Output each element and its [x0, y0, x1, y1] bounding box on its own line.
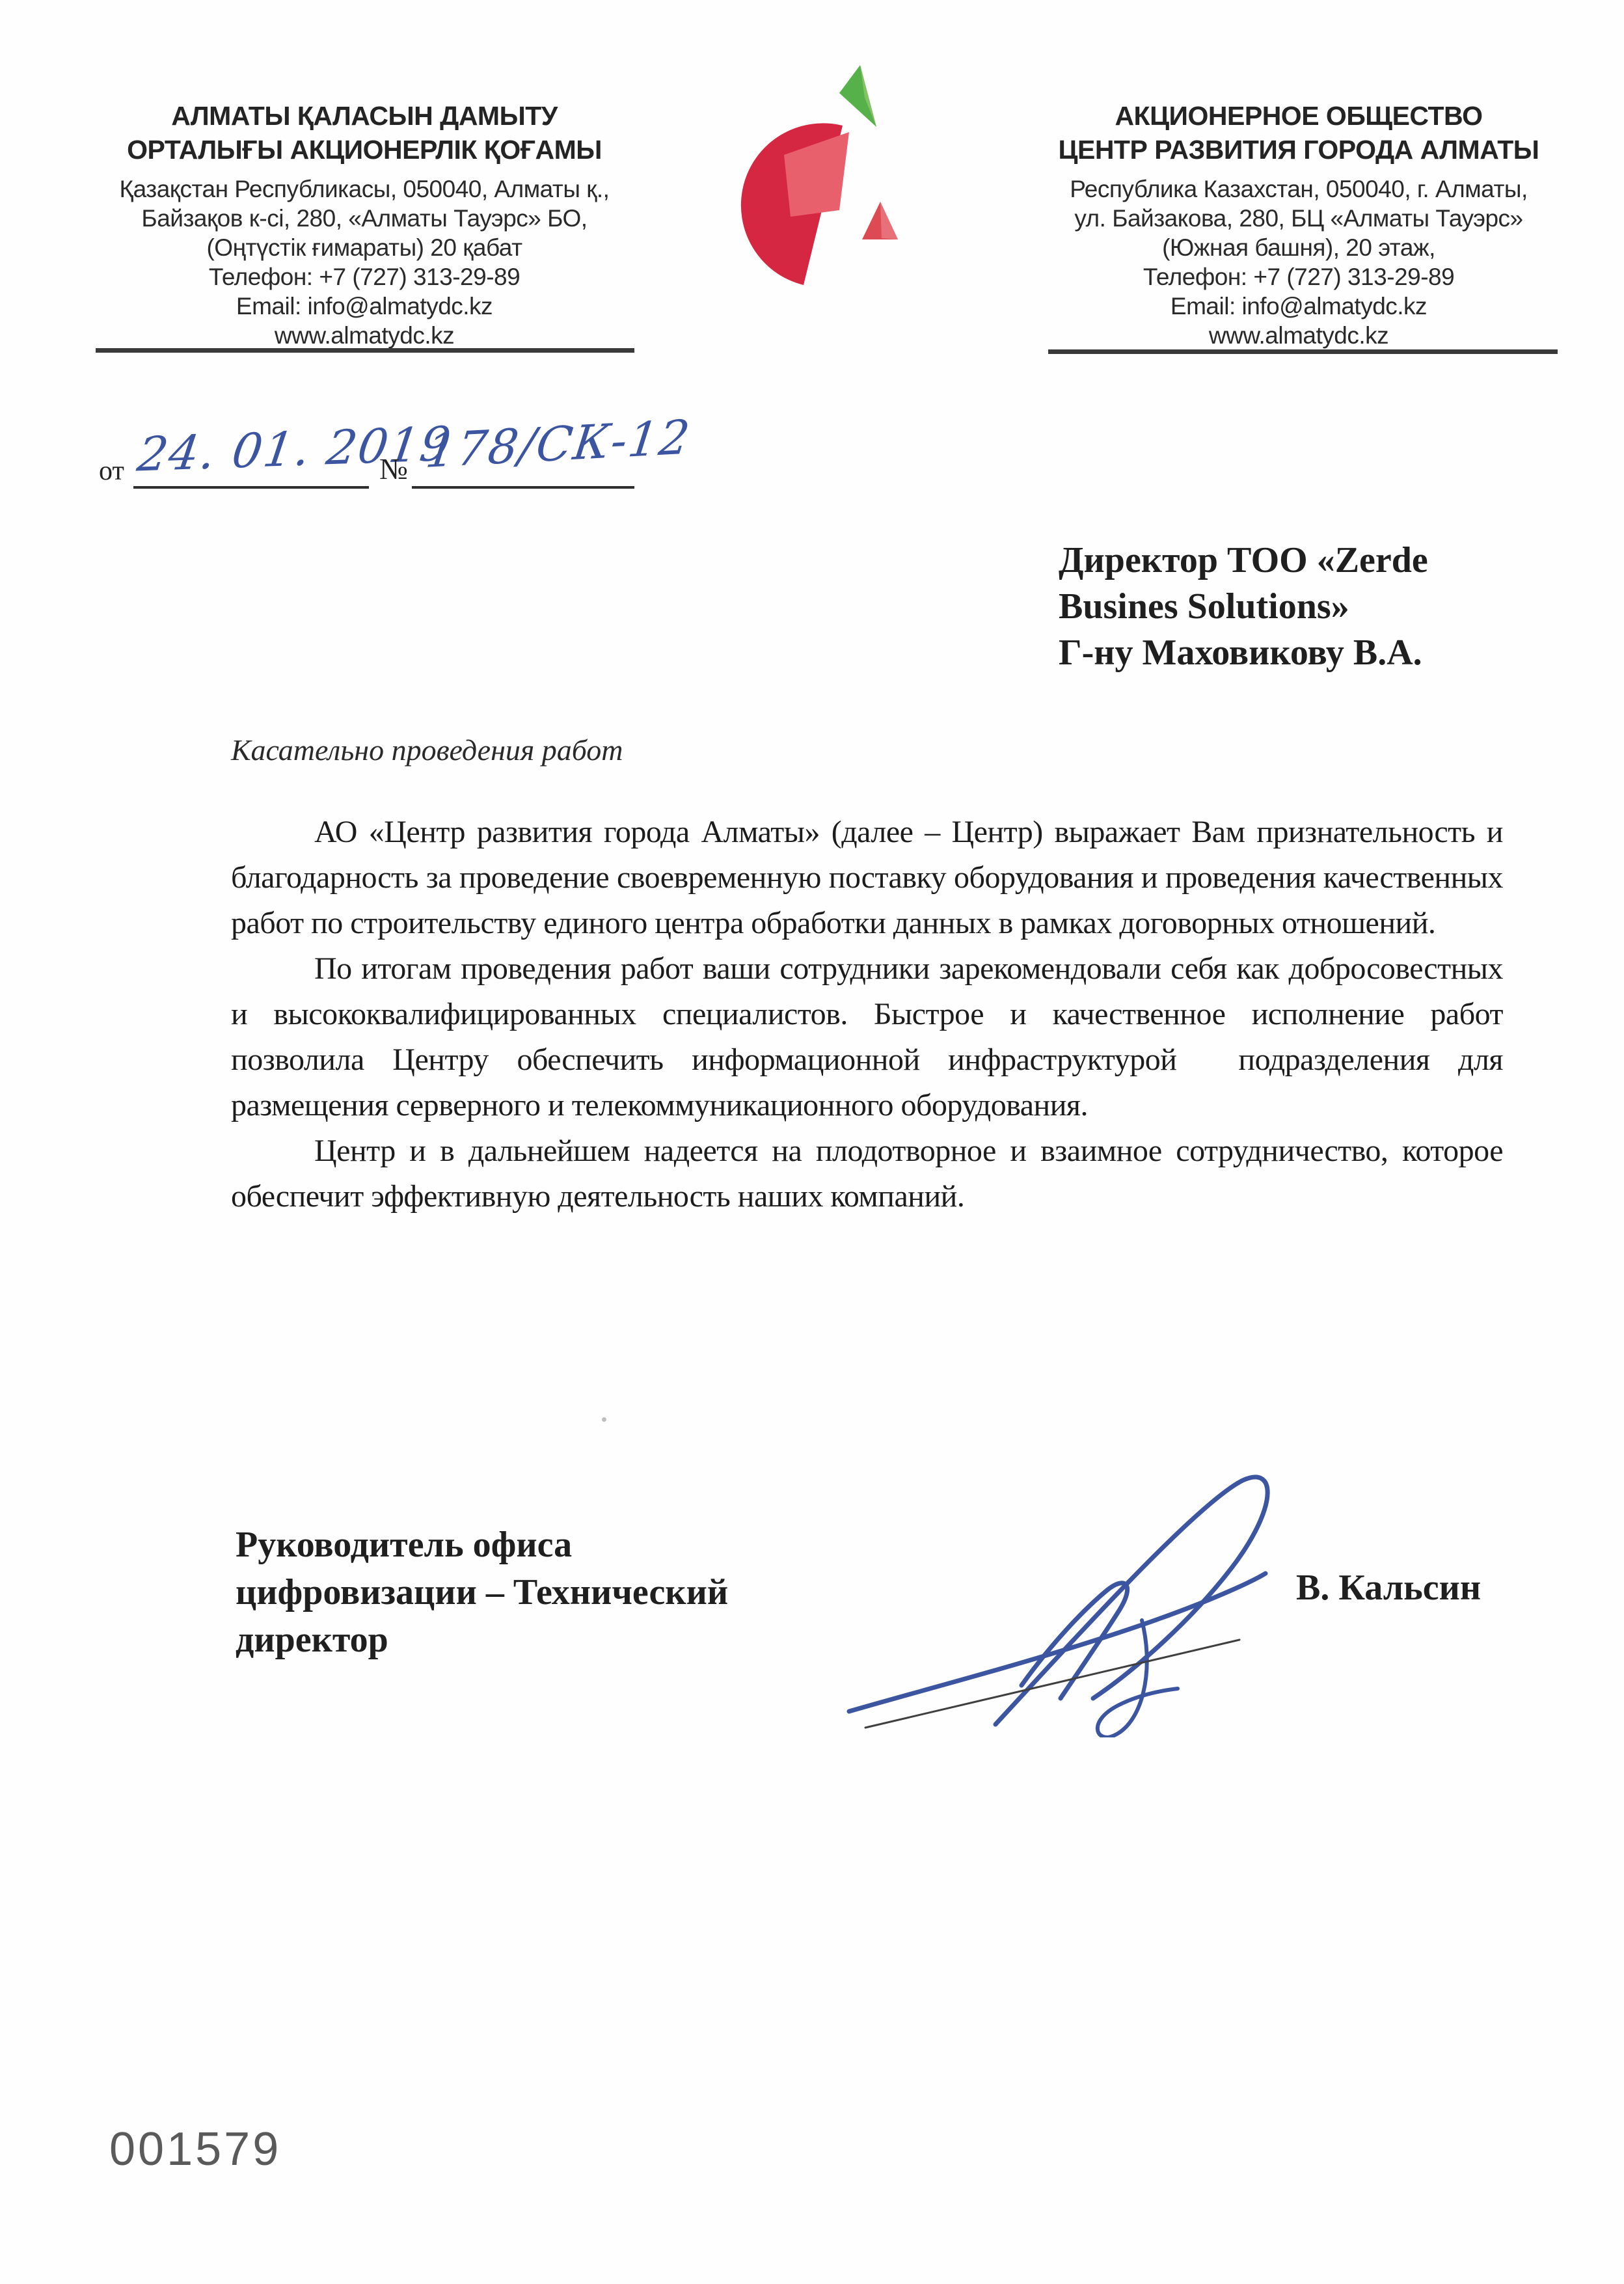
body-paragraph: По итогам проведения работ ваши сотрудни…	[231, 946, 1503, 1128]
signer-position-line: Руководитель офиса	[236, 1521, 795, 1569]
company-name-kk-line1: АЛМАТЫ ҚАЛАСЫН ДАМЫТУ	[94, 99, 634, 133]
company-name-kk-line2: ОРТАЛЫҒЫ АКЦИОНЕРЛІК ҚОҒАМЫ	[94, 133, 634, 167]
letterhead-divider-left	[96, 348, 634, 353]
company-address-ru: Республика Казахстан, 050040, г. Алматы,…	[1041, 174, 1556, 350]
body-paragraph: АО «Центр развития города Алматы» (далее…	[231, 809, 1503, 946]
email-line: Email: info@almatydc.kz	[1041, 292, 1556, 321]
website-line: www.almatydc.kz	[1041, 321, 1556, 350]
letterhead-russian: АКЦИОНЕРНОЕ ОБЩЕСТВО ЦЕНТР РАЗВИТИЯ ГОРО…	[1041, 99, 1556, 350]
signer-name: В. Кальсин	[1296, 1567, 1481, 1609]
signature-scrawl-icon	[781, 1425, 1301, 1737]
signer-position: Руководитель офиса цифровизации – Технич…	[236, 1521, 795, 1664]
letterhead-divider-right	[1048, 349, 1558, 354]
letter-body: АО «Центр развития города Алматы» (далее…	[231, 809, 1503, 1219]
company-name-ru-line1: АКЦИОНЕРНОЕ ОБЩЕСТВО	[1041, 99, 1556, 133]
signer-position-line: директор	[236, 1616, 795, 1664]
signer-position-line: цифровизации – Технический	[236, 1569, 795, 1616]
recipient-block: Директор ТОО «Zerde Busines Solutions» Г…	[1059, 537, 1553, 676]
address-line: (Оңтүстік ғимараты) 20 қабат	[94, 233, 634, 262]
handwritten-signature	[781, 1425, 1301, 1737]
company-address-kk: Қазақстан Республикасы, 050040, Алматы қ…	[94, 174, 634, 350]
company-name-ru: АКЦИОНЕРНОЕ ОБЩЕСТВО ЦЕНТР РАЗВИТИЯ ГОРО…	[1041, 99, 1556, 167]
body-paragraph: Центр и в дальнейшем надеется на плодотв…	[231, 1128, 1503, 1219]
phone-line: Телефон: +7 (727) 313-29-89	[94, 262, 634, 292]
document-number: 001579	[109, 2123, 281, 2176]
ref-from-label: от	[99, 455, 124, 487]
address-line: Қазақстан Республикасы, 050040, Алматы қ…	[94, 174, 634, 204]
address-line: ул. Байзакова, 280, БЦ «Алматы Тауэрс»	[1041, 204, 1556, 233]
email-line: Email: info@almatydc.kz	[94, 292, 634, 321]
recipient-line: Г-ну Маховикову В.А.	[1059, 630, 1553, 676]
company-name-kk: АЛМАТЫ ҚАЛАСЫН ДАМЫТУ ОРТАЛЫҒЫ АКЦИОНЕРЛ…	[94, 99, 634, 167]
address-line: (Южная башня), 20 этаж,	[1041, 233, 1556, 262]
letter-page: АЛМАТЫ ҚАЛАСЫН ДАМЫТУ ОРТАЛЫҒЫ АКЦИОНЕРЛ…	[0, 0, 1624, 2284]
address-line: Байзақов к-сі, 280, «Алматы Тауэрс» БО,	[94, 204, 634, 233]
number-underline	[412, 486, 634, 489]
handwritten-number: 178/СК-12	[423, 409, 694, 478]
subject-line: Касательно проведения работ	[231, 733, 623, 767]
company-name-ru-line2: ЦЕНТР РАЗВИТИЯ ГОРОДА АЛМАТЫ	[1041, 133, 1556, 167]
recipient-line: Директор ТОО «Zerde	[1059, 537, 1553, 584]
company-logo	[735, 57, 898, 292]
recipient-line: Busines Solutions»	[1059, 584, 1553, 630]
scan-speck	[602, 1417, 606, 1422]
website-line: www.almatydc.kz	[94, 321, 634, 350]
apple-wedge-logo-icon	[735, 57, 898, 292]
date-underline	[133, 486, 369, 489]
letterhead-kazakh: АЛМАТЫ ҚАЛАСЫН ДАМЫТУ ОРТАЛЫҒЫ АКЦИОНЕРЛ…	[94, 99, 634, 350]
address-line: Республика Казахстан, 050040, г. Алматы,	[1041, 174, 1556, 204]
phone-line: Телефон: +7 (727) 313-29-89	[1041, 262, 1556, 292]
ref-number-label: №	[379, 452, 408, 486]
